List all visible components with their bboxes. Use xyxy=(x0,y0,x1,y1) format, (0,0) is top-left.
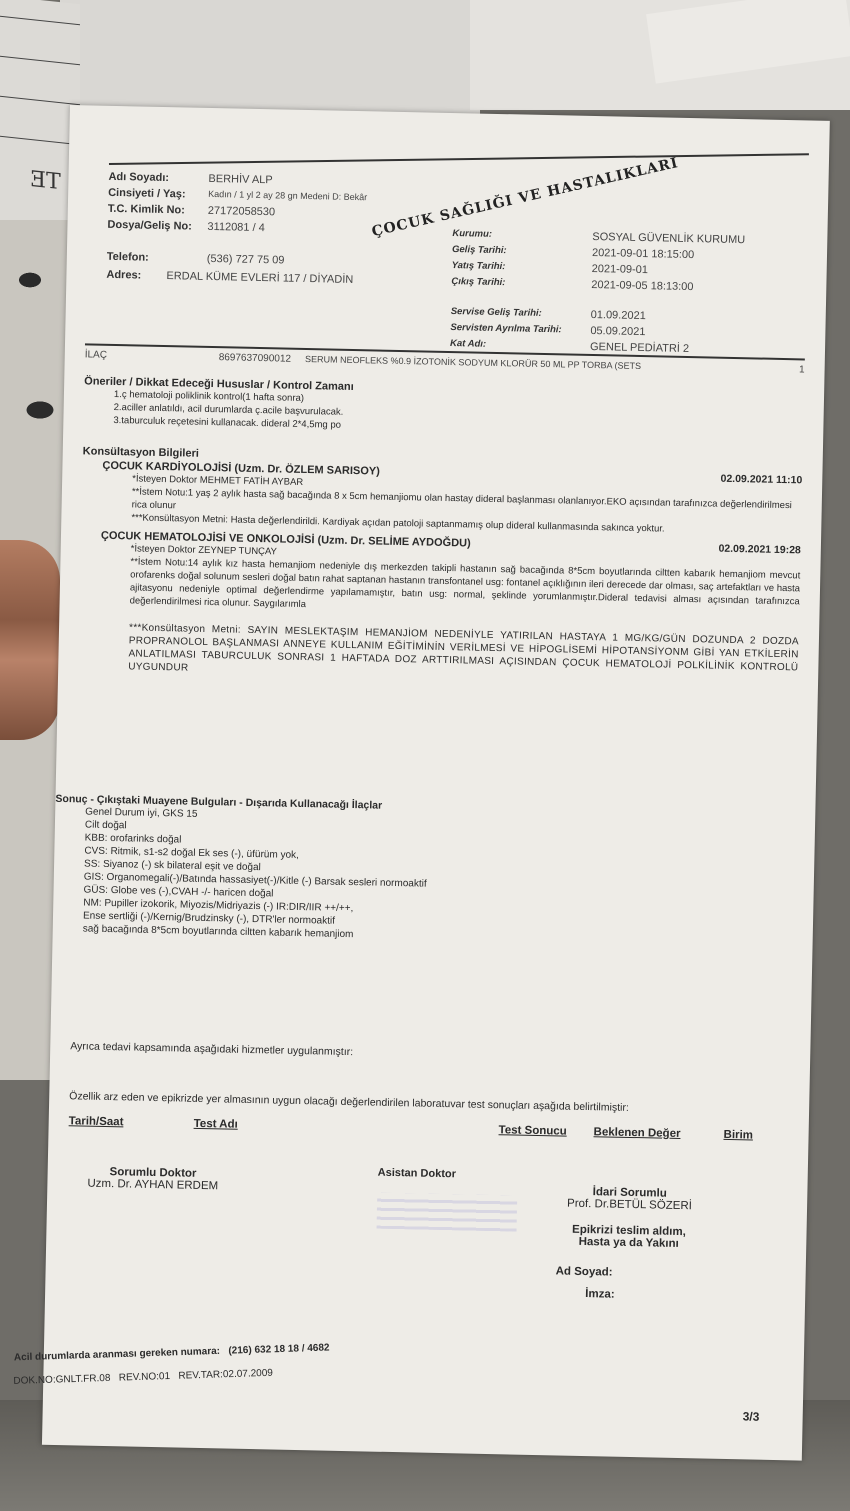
patient-gender-age: Kadın / 1 yl 2 ay 28 gn Medeni D: Bekâr xyxy=(208,189,367,204)
assistant-label: Asistan Doktor xyxy=(378,1167,518,1182)
institution-label: Kurumu: xyxy=(452,228,592,243)
patient-file: 3112081 / 4 xyxy=(207,221,265,234)
name-label: Adı Soyadı: xyxy=(108,171,208,185)
patient-address: ERDAL KÜME EVLERİ 117 / DİYADİN xyxy=(166,270,353,286)
header-rule xyxy=(109,153,809,165)
lab-table-header: Tarih/Saat Test Adı Test Sonucu Beklenen… xyxy=(68,1115,788,1150)
name-field: Ad Soyad: xyxy=(556,1265,613,1278)
arrival-date: 2021-09-01 18:15:00 xyxy=(592,247,694,261)
consultation-datetime: 02.09.2021 11:10 xyxy=(720,473,802,487)
phone-label: Telefon: xyxy=(107,251,207,265)
floor-name: GENEL PEDİATRİ 2 xyxy=(590,341,689,355)
patient-tc: 27172058530 xyxy=(208,205,276,218)
service-arrival-label: Servise Geliş Tarihi: xyxy=(451,306,591,321)
services-text: Ayrıca tedavi kapsamında aşağıdaki hizme… xyxy=(70,1040,790,1067)
responsible-doctor: Sorumlu Doktor Uzm. Dr. AYHAN ERDEM xyxy=(87,1166,218,1193)
address-label: Adres: xyxy=(106,269,166,282)
stay-date: 2021-09-01 xyxy=(592,263,649,276)
file-label: Dosya/Geliş No: xyxy=(107,219,207,233)
discharge-label: Çıkış Tarihi: xyxy=(451,276,591,291)
service-leave-label: Servisten Ayrılma Tarihi: xyxy=(450,322,590,337)
lab-col-test-name: Test Adı xyxy=(194,1118,238,1131)
receipt-line2: Hasta ya da Yakını xyxy=(566,1236,691,1251)
sign-field: İmza: xyxy=(585,1288,615,1301)
medication-code: 8697637090012 xyxy=(219,352,292,365)
gender-age-label: Cinsiyeti / Yaş: xyxy=(108,187,208,201)
institution: SOSYAL GÜVENLİK KURUMU xyxy=(592,231,745,246)
consultation-text: ***Konsültasyon Metni: SAYIN MESLEKTAŞIM… xyxy=(128,621,799,687)
doc-no: DOK.NO:GNLT.FR.08 xyxy=(13,1373,110,1387)
consultations-section: Konsültasyon Bilgileri ÇOCUK KARDİYOLOJİ… xyxy=(78,445,803,687)
page-number: 3/3 xyxy=(743,1409,760,1423)
lab-col-datetime: Tarih/Saat xyxy=(69,1115,124,1128)
emergency-number: (216) 632 18 18 / 4682 xyxy=(228,1342,329,1356)
assistant-stamp xyxy=(377,1193,518,1232)
emergency-line: Acil durumlarda aranması gereken numara:… xyxy=(14,1342,330,1363)
rev-no: REV.NO:01 xyxy=(119,1371,171,1384)
responsible-name: Uzm. Dr. AYHAN ERDEM xyxy=(87,1178,218,1193)
admin-block: İdari Sorumlu Prof. Dr.BETÜL SÖZERİ Epik… xyxy=(566,1186,692,1251)
service-leave-date: 05.09.2021 xyxy=(590,325,645,338)
background-hand xyxy=(0,540,60,740)
lab-col-expected: Beklenen Değer xyxy=(593,1126,680,1140)
consultation-hematology: ÇOCUK HEMATOLOJİSİ VE ONKOLOJİSİ (Uzm. D… xyxy=(78,529,801,687)
admin-name: Prof. Dr.BETÜL SÖZERİ xyxy=(567,1198,692,1213)
consultation-datetime: 02.09.2021 19:28 xyxy=(718,543,801,557)
medication-header: İLAÇ xyxy=(85,349,205,363)
consultation-cardiology: ÇOCUK KARDİYOLOJİSİ (Uzm. Dr. ÖZLEM SARI… xyxy=(81,459,802,538)
lab-col-result: Test Sonucu xyxy=(498,1124,566,1137)
rev-date: REV.TAR:02.07.2009 xyxy=(178,1368,273,1382)
emergency-label: Acil durumlarda aranması gereken numara: xyxy=(14,1346,220,1363)
stay-label: Yatış Tarihi: xyxy=(452,260,592,275)
discharge-date: 2021-09-05 18:13:00 xyxy=(591,279,693,293)
lab-col-unit: Birim xyxy=(723,1129,753,1142)
medication-qty: 1 xyxy=(799,364,805,375)
tc-label: T.C. Kimlik No: xyxy=(108,203,208,217)
patient-phone: (536) 727 75 09 xyxy=(207,253,285,267)
arrival-label: Geliş Tarihi: xyxy=(452,244,592,259)
assistant-doctor: Asistan Doktor xyxy=(377,1167,518,1232)
service-arrival-date: 01.09.2021 xyxy=(591,309,646,322)
patient-name: BERHİV ALP xyxy=(208,173,272,186)
epicrisis-page: ÇOCUK SAĞLIĞI VE HASTALIKLARI Adı Soyadı… xyxy=(42,105,830,1461)
document-title: ÇOCUK SAĞLIĞI VE HASTALIKLARI xyxy=(370,155,680,240)
doc-info: DOK.NO:GNLT.FR.08 REV.NO:01 REV.TAR:02.0… xyxy=(13,1368,273,1387)
lab-intro: Özellik arz eden ve epikrizde yer alması… xyxy=(69,1090,789,1117)
result-section: Sonuç - Çıkıştaki Muayene Bulguları - Dı… xyxy=(53,793,756,950)
